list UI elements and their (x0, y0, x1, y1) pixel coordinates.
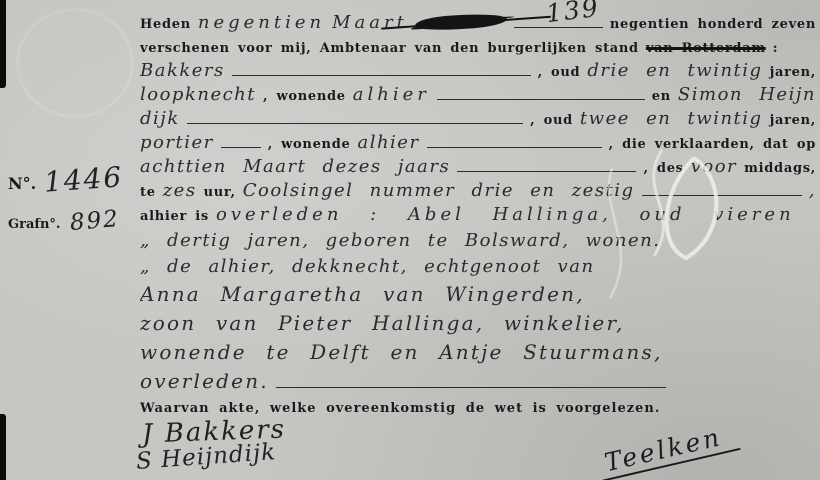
act-line: alhier isoverleden : Abel Hallinga, oud … (140, 206, 816, 232)
printed-text: jaren, (770, 114, 816, 127)
handwritten-text: dijk (140, 110, 180, 128)
printed-text: , oud (538, 66, 581, 79)
paper-watermark-ring (16, 8, 134, 118)
handwritten-text: „ dertig jaren, geboren te Bolsward, won… (140, 232, 660, 250)
printed-text: , wonende (268, 138, 351, 151)
act-number-value: 1446 (43, 163, 124, 196)
filler-rule (232, 71, 531, 76)
printed-text: jaren, (770, 66, 816, 79)
graf-number-label: Grafn°. (8, 218, 60, 231)
death-certificate-scan: 139 N°. 1446 Grafn°. 892 HedennegentienM… (0, 0, 820, 480)
handwritten-text: twee en twintig (580, 110, 763, 128)
handwritten-text: Bakkers (140, 62, 225, 80)
filler-dash (221, 143, 261, 148)
handwritten-text: voor (691, 158, 737, 176)
handwritten-text: loopknecht (140, 86, 256, 104)
act-line: HedennegentienMaartnegentien honderd zev… (140, 14, 816, 38)
ink-blot (415, 14, 508, 31)
film-edge-top (0, 0, 6, 88)
handwritten-text: zes (163, 182, 197, 200)
film-edge-bottom (0, 414, 6, 480)
handwritten-text: negentien (198, 14, 325, 32)
act-line: portier, wonendealhier, die verklaarden,… (140, 134, 816, 158)
act-line: dijk, oudtwee en twintigjaren, (140, 110, 816, 134)
printed-text: en (652, 90, 671, 103)
margin-annotations: N°. 1446 Grafn°. 892 (8, 166, 123, 233)
act-line: „ de alhier, dekknecht, echtgenoot van (140, 258, 816, 284)
printed-text: , des (643, 162, 683, 175)
handwritten-text: overleden. (140, 371, 269, 391)
act-line: achttien Maart dezes jaars, desvoormidda… (140, 158, 816, 182)
handwritten-text: alhier (353, 86, 430, 104)
printed-text: , die verklaarden, dat op (609, 138, 816, 151)
filler-rule (437, 95, 645, 100)
handwritten-text: zoon van Pieter Hallinga, winkelier, (140, 313, 625, 333)
act-body: HedennegentienMaartnegentien honderd zev… (140, 14, 816, 400)
printed-text-struck: van Rotterdam (646, 42, 766, 55)
filler-rule (457, 167, 636, 172)
filler-dash (276, 383, 666, 388)
act-line: overleden. (140, 371, 816, 400)
act-line: „ dertig jaren, geboren te Bolsward, won… (140, 232, 816, 258)
graf-number-value: 892 (70, 208, 122, 235)
handwritten-text: drie en twintig (587, 62, 762, 80)
printed-text: middags, (744, 162, 816, 175)
act-line: wonende te Delft en Antje Stuurmans, (140, 342, 816, 371)
filler-rule (187, 119, 523, 124)
handwritten-text: „ de alhier, dekknecht, echtgenoot van (140, 258, 595, 276)
printed-text: : (773, 42, 779, 55)
handwritten-text: Anna Margaretha van Wingerden, (140, 284, 585, 304)
printed-text: verschenen voor mij, Ambtenaar van den b… (140, 42, 639, 55)
printed-text: Heden (140, 18, 191, 31)
handwritten-text: overleden : Abel Hallinga, oud vieren (216, 206, 795, 224)
act-line: loopknecht, wonendealhierenSimon Heijn (140, 86, 816, 110)
printed-text: , wonende (263, 90, 346, 103)
act-line: Bakkers, ouddrie en twintigjaren, (140, 62, 816, 86)
handwritten-text: alhier (357, 134, 419, 152)
filler-rule (427, 143, 602, 148)
filler-rule (514, 23, 603, 28)
filler-rule (642, 191, 802, 196)
signature-registrar: Teelken (596, 420, 741, 480)
closing-statement: Waarvan akte, welke overeenkomstig de we… (140, 402, 660, 415)
act-line: Anna Margaretha van Wingerden, (140, 284, 816, 313)
printed-text: te (140, 186, 156, 199)
handwritten-text: portier (140, 134, 214, 152)
act-line: verschenen voor mij, Ambtenaar van den b… (140, 38, 816, 62)
handwritten-text: achttien Maart dezes jaars (140, 158, 450, 176)
handwritten-text: Maart (332, 14, 408, 32)
handwritten-text: Coolsingel nummer drie en zestig (243, 182, 635, 200)
printed-text: alhier is (140, 210, 209, 223)
printed-text: uur, (204, 186, 236, 199)
act-number-label: N°. (8, 176, 36, 192)
act-line: tezesuur,Coolsingel nummer drie en zesti… (140, 182, 816, 206)
handwritten-text: , (809, 182, 816, 200)
handwritten-text: wonende te Delft en Antje Stuurmans, (140, 342, 663, 362)
act-line: zoon van Pieter Hallinga, winkelier, (140, 313, 816, 342)
printed-text: negentien honderd zeven (610, 18, 816, 31)
handwritten-text: Simon Heijn (678, 86, 816, 104)
printed-text: , oud (530, 114, 573, 127)
